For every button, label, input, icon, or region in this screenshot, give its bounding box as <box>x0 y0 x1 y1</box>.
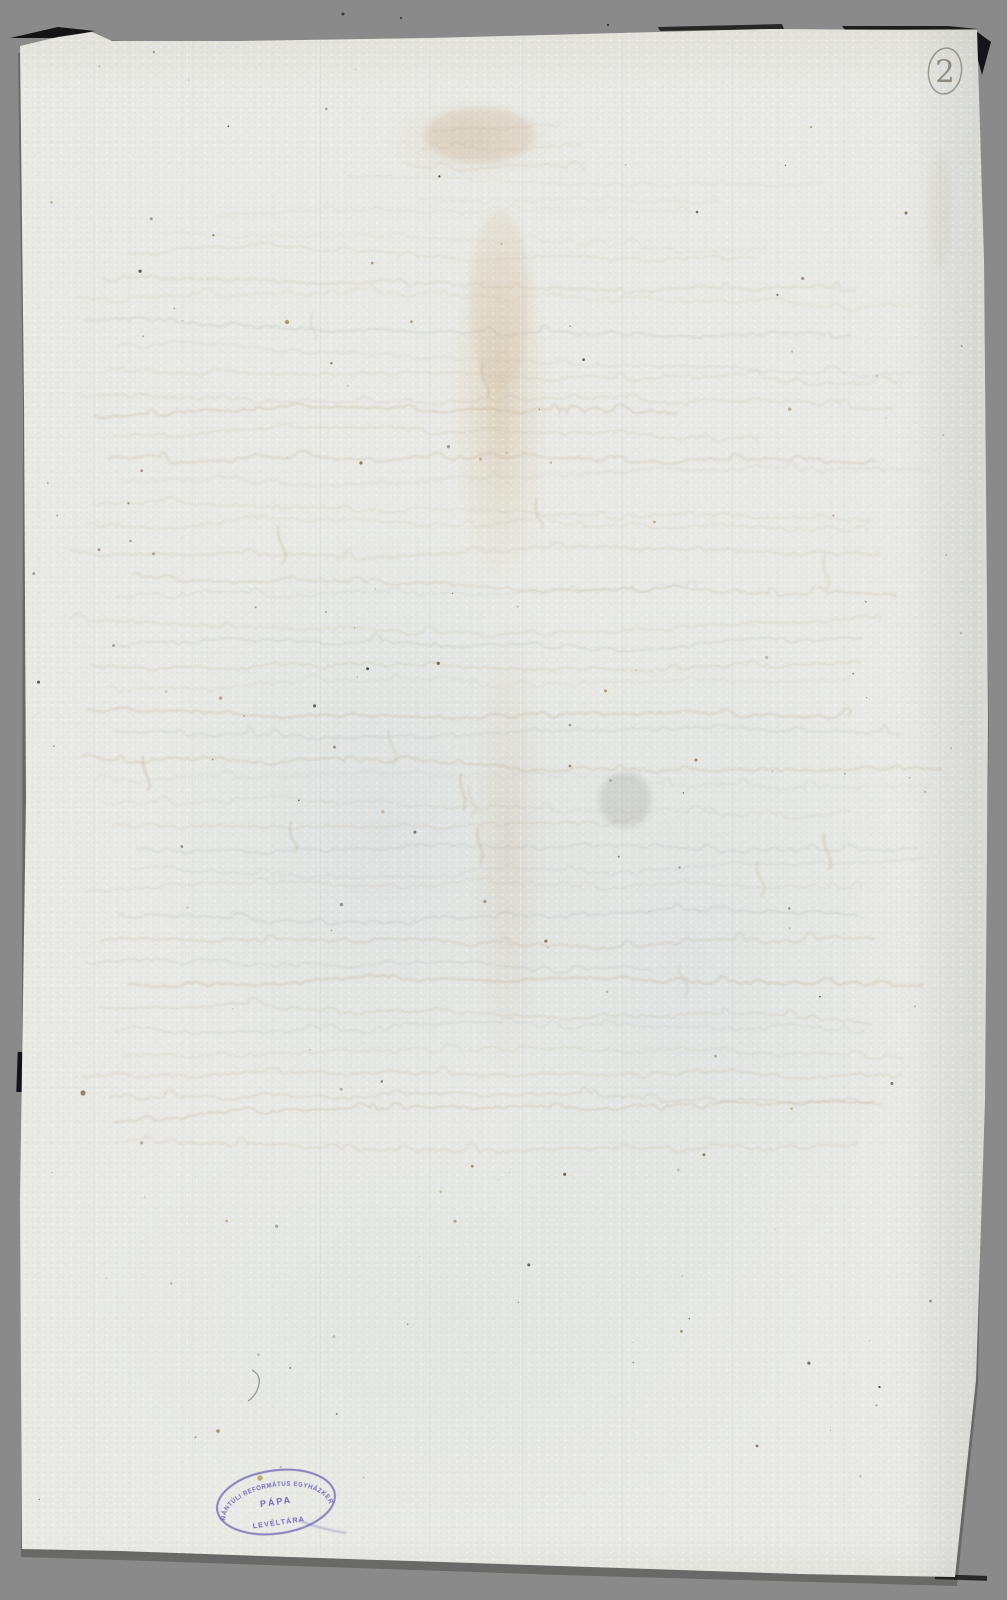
manuscript-page: 2 A DUNÁNTÚLI REFORMÁTUS EGYHÁZKERÜLET P… <box>0 0 1007 1600</box>
stamp-bottom-text: LEVÉLTÁRA <box>252 1514 305 1530</box>
page-marks-layer: 2 <box>0 0 1007 1600</box>
scan-background: 2 A DUNÁNTÚLI REFORMÁTUS EGYHÁZKERÜLET P… <box>0 0 1007 1600</box>
folio-number: 2 <box>935 54 955 90</box>
archive-stamp: A DUNÁNTÚLI REFORMÁTUS EGYHÁZKERÜLET PÁP… <box>204 1449 349 1555</box>
stamp-center-text: PÁPA <box>259 1495 292 1509</box>
folio-number-circle: 2 <box>926 46 964 96</box>
fiber-mark <box>248 1370 259 1401</box>
